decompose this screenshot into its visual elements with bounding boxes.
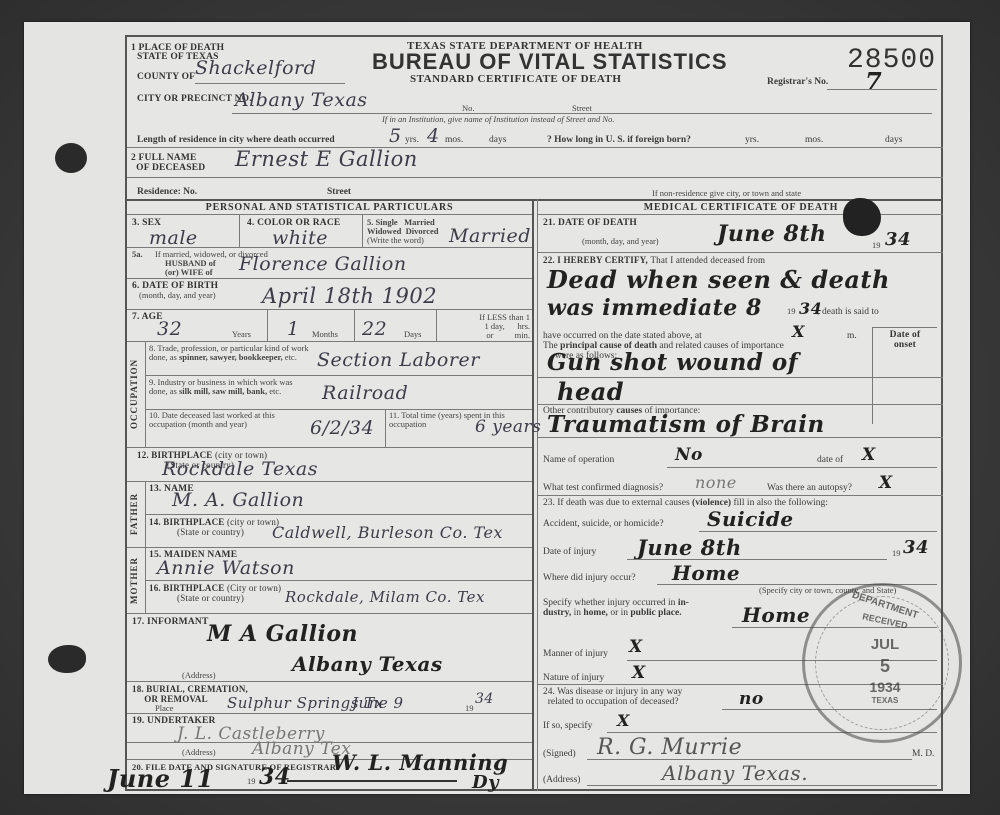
injury-year: 34 — [903, 537, 929, 558]
date-of-death-year-prefix: 19 — [872, 241, 881, 250]
residence-yrs-value: 5 — [389, 125, 402, 147]
age-less-label: If LESS than 11 day, hrs.or min. — [440, 313, 530, 340]
date-of-death-value: June 8th — [717, 221, 827, 247]
date-of-death-year: 34 — [885, 229, 911, 250]
date-of-death-label: 21. DATE OF DEATH — [543, 218, 637, 228]
hole-punch-top — [55, 143, 87, 173]
age-days-value: 22 — [362, 318, 387, 340]
registrar-no-label: Registrar's No. — [767, 77, 828, 87]
occupation-related-label: 24. Was disease or injury in any way rel… — [543, 687, 733, 707]
medical-section-title: MEDICAL CERTIFICATE OF DEATH — [539, 202, 943, 213]
mother-vertical-label: MOTHER — [129, 547, 143, 613]
bureau-title: BUREAU OF VITAL STATISTICS — [372, 49, 728, 75]
personal-section-title: PERSONAL AND STATISTICAL PARTICULARS — [127, 202, 532, 213]
residence-mos-value: 4 — [427, 125, 440, 147]
residence-street-label: Street — [327, 187, 351, 197]
stamp-day: 5 — [855, 656, 915, 677]
full-name-value: Ernest E Gallion — [235, 147, 418, 171]
contributory-value: Traumatism of Brain — [547, 411, 825, 438]
date-onset-label: Date ofonset — [875, 330, 935, 350]
certify-line1: Dead when seen & death — [547, 265, 890, 294]
date-of-death-sub: (month, day, and year) — [582, 237, 659, 246]
sex-value: male — [149, 227, 198, 249]
institution-note: If in an Institution, give name of Insti… — [382, 115, 614, 124]
injury-place-label: Specify whether injury occurred in in-du… — [543, 598, 733, 618]
certify-label: 22. I HEREBY CERTIFY, That I attended de… — [543, 255, 765, 265]
occupation-vertical-label: OCCUPATION — [129, 341, 143, 447]
birth-value: April 18th 1902 — [262, 284, 437, 308]
specify-value: X — [617, 711, 630, 730]
stamp-year: 1934 — [850, 679, 920, 695]
manner-value: X — [629, 637, 643, 657]
manner-label: Manner of injury — [543, 649, 608, 659]
registrar-suffix: Dy — [472, 772, 499, 793]
father-birthplace-value: Caldwell, Burleson Co. Tex — [272, 523, 503, 542]
injury-date-label: Date of injury — [543, 547, 596, 557]
file-year-prefix: 19 — [247, 777, 256, 786]
days-label: days — [489, 135, 506, 145]
certify-year-prefix: 19 — [787, 307, 796, 316]
undertaker-address-label: (Address) — [182, 748, 216, 757]
occupation-related-value: no — [739, 689, 764, 709]
certify-tail: ; death is said to — [817, 307, 879, 317]
mother-birthplace-value: Rockdale, Milam Co. Tex — [285, 588, 485, 606]
last-worked-value: 6/2/34 — [310, 417, 374, 439]
mother-birthplace-label: 16. BIRTHPLACE (City or town)(State or c… — [149, 583, 281, 603]
last-worked-label: 10. Date deceased last worked at this oc… — [149, 411, 304, 429]
nature-label: Nature of injury — [543, 673, 604, 683]
yrs-label: yrs. — [405, 135, 419, 145]
specify-label: If so, specify — [543, 721, 592, 731]
test-label: What test confirmed diagnosis? — [543, 483, 663, 493]
occurred-label: have occurred on the date stated above, … — [543, 331, 702, 341]
age-months-label: Months — [312, 330, 338, 339]
stamp-month: JUL — [855, 636, 915, 653]
accident-label: Accident, suicide, or homicide? — [543, 519, 664, 529]
autopsy-label: Was there an autopsy? — [767, 483, 852, 493]
burial-year-value: 34 — [475, 691, 494, 707]
mother-maiden-value: Annie Watson — [157, 557, 295, 579]
full-name-label: 2 FULL NAME OF DECEASED — [131, 153, 205, 173]
autopsy-value: X — [879, 473, 893, 493]
spouse-label: HUSBAND of(or) WIFE of — [165, 259, 216, 277]
informant-address-label: (Address) — [182, 671, 216, 680]
foreign-born-label: ? How long in U. S. if foreign born? — [547, 135, 691, 145]
residence-length-label: Length of residence in city where death … — [137, 135, 335, 145]
address-label: (Address) — [543, 775, 580, 785]
father-name-value: M. A. Gallion — [172, 489, 304, 511]
total-time-value: 6 years — [475, 417, 541, 437]
race-value: white — [272, 227, 328, 249]
operation-label: Name of operation — [543, 455, 614, 465]
father-vertical-label: FATHER — [129, 481, 143, 547]
injury-where-value: Home — [672, 561, 740, 585]
foreign-days-label: days — [885, 135, 902, 145]
certificate-number: 28500 — [847, 45, 936, 76]
registrar-no-value: 7 — [865, 67, 882, 96]
md-label: M. D. — [912, 749, 934, 759]
file-year-value: 34 — [259, 764, 291, 790]
burial-date-value: June 9 — [352, 694, 404, 712]
injury-year-prefix: 19 — [892, 549, 901, 558]
informant-value: M A Gallion — [207, 621, 358, 647]
foreign-mos-label: mos. — [805, 135, 823, 145]
occurred-time: X — [792, 322, 805, 341]
hole-punch-bottom — [48, 645, 86, 673]
father-birthplace-label: 14. BIRTHPLACE (city or town)(State or c… — [149, 517, 279, 537]
street-label: Street — [572, 104, 592, 113]
certificate-type-title: STANDARD CERTIFICATE OF DEATH — [410, 73, 621, 85]
city-value: Albany Texas — [235, 89, 368, 111]
spouse-value: Florence Gallion — [239, 253, 407, 275]
trade-value: Section Laborer — [317, 349, 480, 371]
nonresidence-note: If non-residence give city, or town and … — [652, 189, 801, 198]
stamp-state: TEXAS — [855, 696, 915, 705]
marital-value: Married — [449, 225, 531, 247]
nature-value: X — [632, 663, 646, 683]
industry-label: 9. Industry or business in which work wa… — [149, 378, 309, 396]
strikethrough-line — [287, 780, 457, 782]
cause-line2: head — [557, 377, 624, 406]
age-months-value: 1 — [287, 318, 300, 340]
age-years-value: 32 — [157, 318, 182, 340]
certify-line2: was immediate 8 — [547, 295, 762, 321]
ink-blot — [843, 198, 881, 236]
informant-address-value: Albany Texas — [292, 652, 443, 676]
signed-value: R. G. Murrie — [597, 735, 742, 760]
residence-label: Residence: No. — [137, 187, 197, 197]
foreign-yrs-label: yrs. — [745, 135, 759, 145]
injury-date-value: June 8th — [637, 535, 742, 560]
county-label: COUNTY OF — [137, 72, 195, 82]
operation-value: No — [675, 445, 703, 465]
age-days-label: Days — [404, 330, 421, 339]
injury-where-label: Where did injury occur? — [543, 573, 636, 583]
file-date-value: June 11 — [107, 764, 214, 793]
operation-date-label: date of — [817, 455, 843, 465]
injury-place-value: Home — [742, 603, 810, 627]
signed-label: (Signed) — [543, 749, 576, 759]
received-stamp: DEPARTMENT RECEIVED JUL 5 1934 TEXAS — [802, 583, 962, 743]
birth-sub: (month, day, and year) — [139, 291, 216, 300]
mos-label: mos. — [445, 135, 463, 145]
address-value: Albany Texas. — [662, 761, 808, 785]
industry-value: Railroad — [322, 382, 408, 404]
spouse-number: 5a. — [132, 250, 143, 259]
occurred-m: m. — [847, 331, 857, 341]
operation-date-value: X — [862, 445, 876, 465]
county-value: Shackelford — [195, 57, 316, 79]
age-years-label: Years — [232, 330, 251, 339]
trade-label: 8. Trade, profession, or particular kind… — [149, 344, 309, 362]
informant-label: 17. INFORMANT — [132, 617, 209, 627]
burial-place-label: Place — [155, 704, 173, 713]
no-label: No. — [462, 104, 475, 113]
burial-year-prefix: 19 — [465, 704, 474, 713]
cause-line1: Gun shot wound of — [547, 349, 798, 376]
test-value: none — [695, 473, 737, 492]
birthplace-value: Rockdale Texas — [162, 458, 318, 480]
accident-value: Suicide — [707, 507, 794, 531]
